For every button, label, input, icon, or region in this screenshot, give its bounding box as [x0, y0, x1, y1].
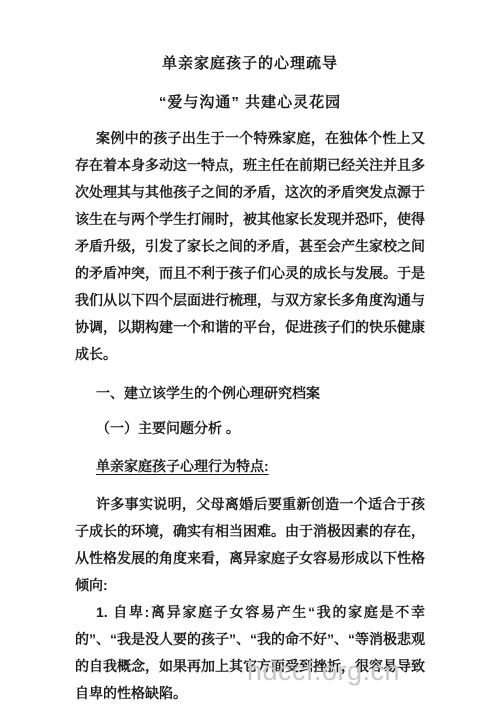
document-subtitle: “爱与沟通” 共建心灵花园 — [75, 89, 425, 116]
intro-paragraph: 案例中的孩子出生于一个特殊家庭，在独体个性上又存在着本身多动这一特点，班主任在前… — [75, 125, 425, 368]
traits-heading: 单亲家庭孩子心理行为特点: — [75, 453, 425, 480]
watermark-text: hdccf.org.cn — [247, 656, 400, 686]
section-heading-research-archive: 一、建立该学生的个例心理研究档案 — [75, 380, 425, 407]
traits-heading-underlined-text: 单亲家庭孩子心理行为特点: — [96, 458, 269, 474]
document-content: 单亲家庭孩子的心理疏导 “爱与沟通” 共建心灵花园 案例中的孩子出生于一个特殊家… — [0, 0, 500, 707]
divorce-environment-paragraph: 许多事实说明，父母离婚后要重新创造一个适合于孩子成长的环境，确实有相当困难。由于… — [75, 491, 425, 599]
document-title: 单亲家庭孩子的心理疏导 — [75, 50, 425, 77]
subsection-heading-problem-analysis: （一）主要问题分析 。 — [75, 415, 425, 442]
inferiority-paragraph: 1. 自卑:离异家庭子女容易产生“我的家庭是不幸的”、“我是没人要的孩子”、“我… — [75, 599, 425, 707]
document-page: 单亲家庭孩子的心理疏导 “爱与沟通” 共建心灵花园 案例中的孩子出生于一个特殊家… — [0, 0, 500, 707]
